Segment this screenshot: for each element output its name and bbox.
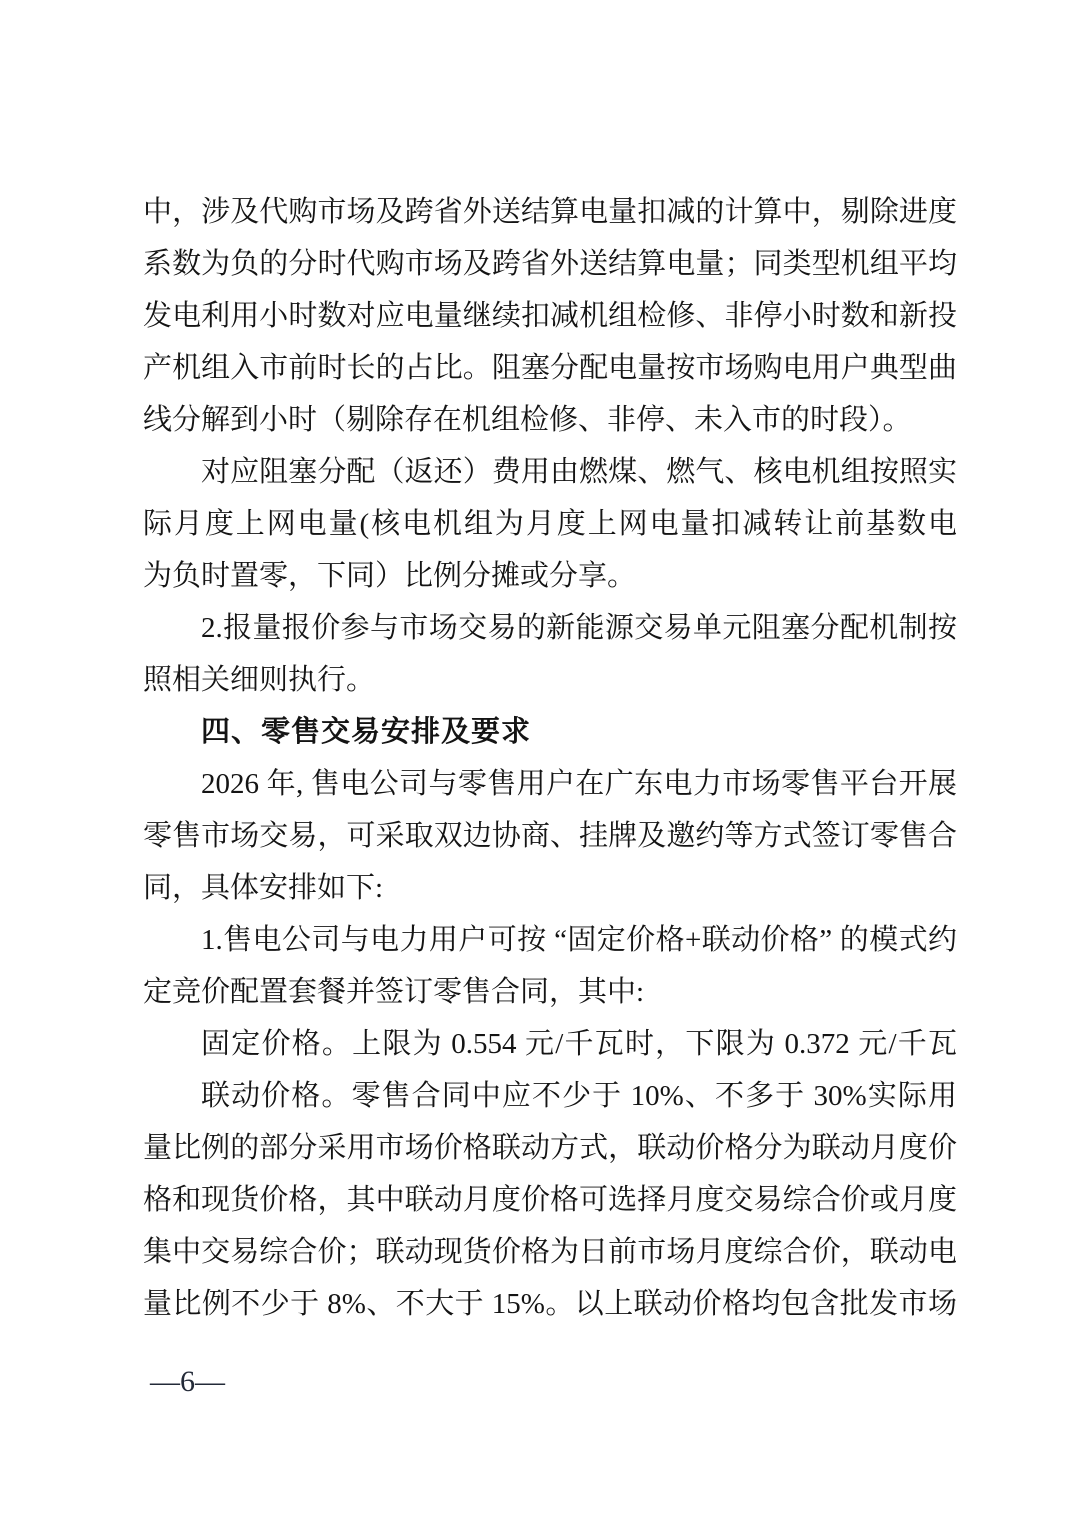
text-line: 为负时置零，下同）比例分摊或分享。 <box>143 550 957 602</box>
text-line: 对应阻塞分配（返还）费用由燃煤、燃气、核电机组按照实 <box>143 446 957 498</box>
text-line: 格和现货价格，其中联动月度价格可选择月度交易综合价或月度 <box>143 1174 957 1226</box>
text-line: 发电利用小时数对应电量继续扣减机组检修、非停小时数和新投 <box>143 290 957 342</box>
text-line: 际月度上网电量(核电机组为月度上网电量扣减转让前基数电量， <box>143 498 957 550</box>
text-line: 量比例不少于 8%、不大于 15%。以上联动价格均包含批发市场 <box>143 1278 957 1330</box>
text-line: 定竞价配置套餐并签订零售合同，其中: <box>143 966 957 1018</box>
text-line: 1.售电公司与电力用户可按 “固定价格+联动价格” 的模式约 <box>143 914 957 966</box>
text-line: 同，具体安排如下: <box>143 862 957 914</box>
text-line: 零售市场交易，可采取双边协商、挂牌及邀约等方式签订零售合 <box>143 810 957 862</box>
text-line: 2026 年, 售电公司与零售用户在广东电力市场零售平台开展 <box>143 758 957 810</box>
text-line: 2.报量报价参与市场交易的新能源交易单元阻塞分配机制按 <box>143 602 957 654</box>
document-page: 中，涉及代购市场及跨省外送结算电量扣减的计算中，剔除进度 系数为负的分时代购市场… <box>0 0 1080 1527</box>
text-line: 系数为负的分时代购市场及跨省外送结算电量；同类型机组平均 <box>143 238 957 290</box>
text-line: 量比例的部分采用市场价格联动方式，联动价格分为联动月度价 <box>143 1122 957 1174</box>
text-line: 固定价格。上限为 0.554 元/千瓦时，下限为 0.372 元/千瓦时。 <box>143 1018 957 1070</box>
text-line: 照相关细则执行。 <box>143 654 957 706</box>
text-line: 中，涉及代购市场及跨省外送结算电量扣减的计算中，剔除进度 <box>143 186 957 238</box>
page-number: —6— <box>150 1362 225 1402</box>
section-heading: 四、零售交易安排及要求 <box>143 706 957 758</box>
text-line: 联动价格。零售合同中应不少于 10%、不多于 30%实际用电 <box>143 1070 957 1122</box>
text-line: 集中交易综合价；联动现货价格为日前市场月度综合价，联动电 <box>143 1226 957 1278</box>
text-line: 线分解到小时（剔除存在机组检修、非停、未入市的时段）。 <box>143 394 957 446</box>
text-line: 产机组入市前时长的占比。阻塞分配电量按市场购电用户典型曲 <box>143 342 957 394</box>
document-body: 中，涉及代购市场及跨省外送结算电量扣减的计算中，剔除进度 系数为负的分时代购市场… <box>143 186 957 1330</box>
